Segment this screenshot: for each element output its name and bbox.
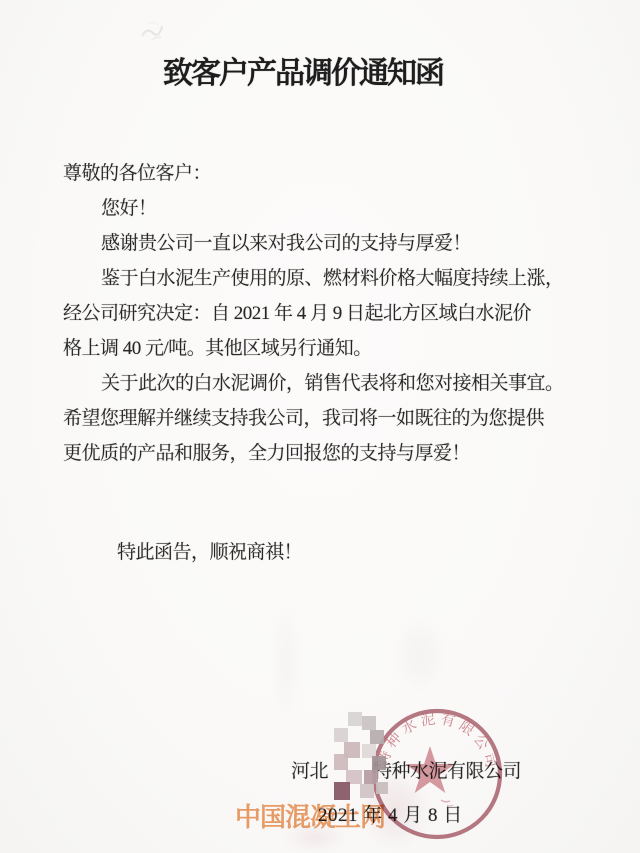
- body-line: 更优质的产品和服务，全力回报您的支持与厚爱！: [63, 436, 583, 471]
- censor-cell: [362, 716, 376, 730]
- censor-cell: [370, 730, 384, 744]
- body-line: 鉴于白水泥生产使用的原、燃材料价格大幅度持续上涨，: [63, 261, 583, 296]
- scan-smudge: [138, 14, 182, 48]
- seal-star-icon: [405, 746, 454, 793]
- body-line: 您好！: [63, 191, 583, 226]
- body-line: 格上调 40 元/吨。其他区域另行通知。: [63, 331, 583, 366]
- body-line: 感谢贵公司一直以来对我公司的支持与厚爱！: [63, 226, 583, 261]
- letter-body: 尊敬的各位客户： 您好！ 感谢贵公司一直以来对我公司的支持与厚爱！ 鉴于白水泥生…: [63, 156, 583, 471]
- censor-cell: [360, 784, 374, 798]
- site-watermark: 中国混凝土网: [235, 797, 385, 834]
- body-line: 希望您理解并继续支持我公司，我司将一如既往的为您提供: [63, 401, 583, 436]
- body-line: 经公司研究决定：自 2021 年 4 月 9 日起北方区域白水泥价: [63, 296, 583, 331]
- censor-cell: [376, 782, 388, 794]
- scanned-letter-page: 致客户产品调价通知函 尊敬的各位客户： 您好！ 感谢贵公司一直以来对我公司的支持…: [0, 0, 640, 853]
- censor-cell: [334, 728, 348, 742]
- censor-cell: [372, 756, 386, 770]
- censor-cell: [348, 712, 362, 726]
- seal-serial-mark: [447, 805, 453, 806]
- letter-title: 致客户产品调价通知函: [163, 48, 443, 92]
- seal-arc-text: 特种水泥有限公司: [374, 710, 500, 773]
- censor-cell: [334, 754, 348, 770]
- salutation-line: 尊敬的各位客户：: [63, 156, 583, 191]
- body-line: 关于此次的白水泥调价，销售代表将和您对接相关事宜。: [63, 366, 583, 401]
- company-censored-block: [334, 712, 392, 804]
- scan-stain: [272, 596, 300, 726]
- scan-stain: [393, 615, 447, 695]
- closing-line: 特此函告，顺祝商祺！: [63, 537, 302, 564]
- seal-serial-mark: [441, 800, 450, 802]
- company-name-prefix: 河北: [291, 761, 328, 782]
